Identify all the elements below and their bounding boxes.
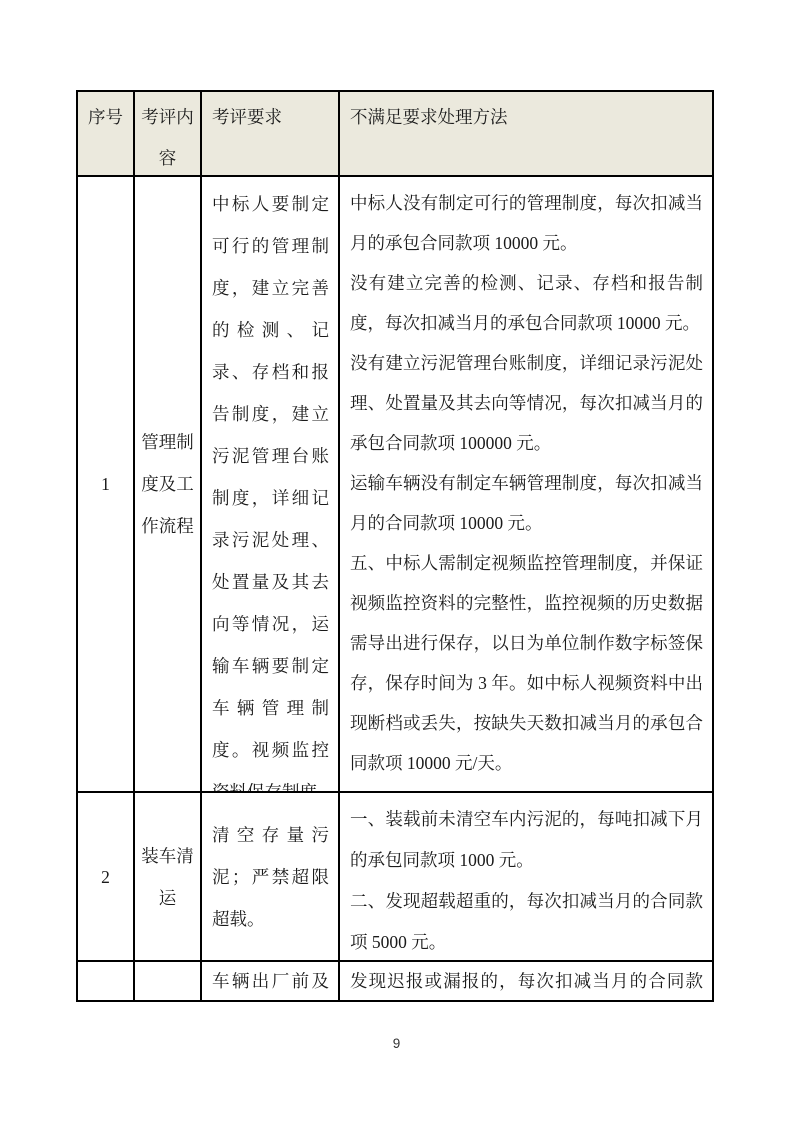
row2-requirement-text: 清空存量污泥；严禁超限超载。 — [212, 814, 329, 940]
method-paragraph: 运输车辆没有制定车辆管理制度，每次扣减当月的合同款项 10000 元。 — [350, 463, 703, 543]
row2-category-cell: 装车清运 — [134, 792, 201, 961]
row3-requirement-text: 车辆出厂前及 — [212, 963, 329, 999]
table-row-1: 1 管理制度及工作流程 中标人要制定可行的管理制度，建立完善的检测、记录、存档和… — [77, 176, 713, 792]
method-paragraph: 二、发现超载超重的，每次扣减当月的合同款项 5000 元。 — [350, 881, 703, 960]
header-cell-category: 考评内容 — [134, 91, 201, 176]
row2-requirement-cell: 清空存量污泥；严禁超限超载。 — [201, 792, 339, 961]
page-number: 9 — [0, 1036, 793, 1051]
evaluation-table: 序号 考评内容 考评要求 不满足要求处理方法 1 管理制度及工作流程 — [76, 90, 714, 1002]
method-paragraph: 没有建立完善的检测、记录、存档和报告制度，每次扣减当月的承包合同款项 10000… — [350, 263, 703, 343]
table-header-row: 序号 考评内容 考评要求 不满足要求处理方法 — [77, 91, 713, 176]
row3-requirement-cell: 车辆出厂前及 — [201, 961, 339, 1001]
row1-category: 管理制度及工作流程 — [135, 421, 200, 547]
document-page: 序号 考评内容 考评要求 不满足要求处理方法 1 管理制度及工作流程 — [0, 0, 793, 1122]
row1-method-cell: 中标人没有制定可行的管理制度，每次扣减当月的承包合同款项 10000 元。 没有… — [339, 176, 713, 792]
method-paragraph: 没有建立污泥管理台账制度，详细记录污泥处理、处置量及其去向等情况，每次扣减当月的… — [350, 343, 703, 463]
table-row-2: 2 装车清运 清空存量污泥；严禁超限超载。 一、装载前未清空车内污泥的，每吨扣减… — [77, 792, 713, 961]
header-cell-method: 不满足要求处理方法 — [339, 91, 713, 176]
header-cell-requirement: 考评要求 — [201, 91, 339, 176]
header-cell-number: 序号 — [77, 91, 134, 176]
header-label-category: 考评内容 — [141, 107, 194, 168]
row1-requirement-cell: 中标人要制定可行的管理制度，建立完善的检测、记录、存档和报告制度，建立污泥管理台… — [201, 176, 339, 792]
method-paragraph: 五、中标人需制定视频监控管理制度，并保证视频监控资料的完整性，监控视频的历史数据… — [350, 543, 703, 783]
method-paragraph: 中标人没有制定可行的管理制度，每次扣减当月的承包合同款项 10000 元。 — [350, 183, 703, 263]
row3-method-cell: 发现迟报或漏报的，每次扣减当月的合同款 — [339, 961, 713, 1001]
method-paragraph: 发现迟报或漏报的，每次扣减当月的合同款 — [350, 963, 703, 999]
row3-category-cell — [134, 961, 201, 1001]
header-label-number: 序号 — [88, 107, 123, 127]
header-label-requirement: 考评要求 — [212, 107, 282, 127]
header-label-method: 不满足要求处理方法 — [350, 107, 508, 127]
row1-requirement-text: 中标人要制定可行的管理制度，建立完善的检测、记录、存档和报告制度，建立污泥管理台… — [212, 183, 329, 791]
row1-category-cell: 管理制度及工作流程 — [134, 176, 201, 792]
row1-index: 1 — [78, 463, 133, 505]
row2-method-cell: 一、装载前未清空车内污泥的，每吨扣减下月的承包同款项 1000 元。 二、发现超… — [339, 792, 713, 961]
row2-index-cell: 2 — [77, 792, 134, 961]
row3-index-cell — [77, 961, 134, 1001]
method-paragraph: 一、装载前未清空车内污泥的，每吨扣减下月的承包同款项 1000 元。 — [350, 799, 703, 881]
row2-index: 2 — [78, 856, 133, 898]
row1-index-cell: 1 — [77, 176, 134, 792]
table-row-3-partial: 车辆出厂前及 发现迟报或漏报的，每次扣减当月的合同款 — [77, 961, 713, 1001]
row2-category: 装车清运 — [135, 835, 200, 919]
